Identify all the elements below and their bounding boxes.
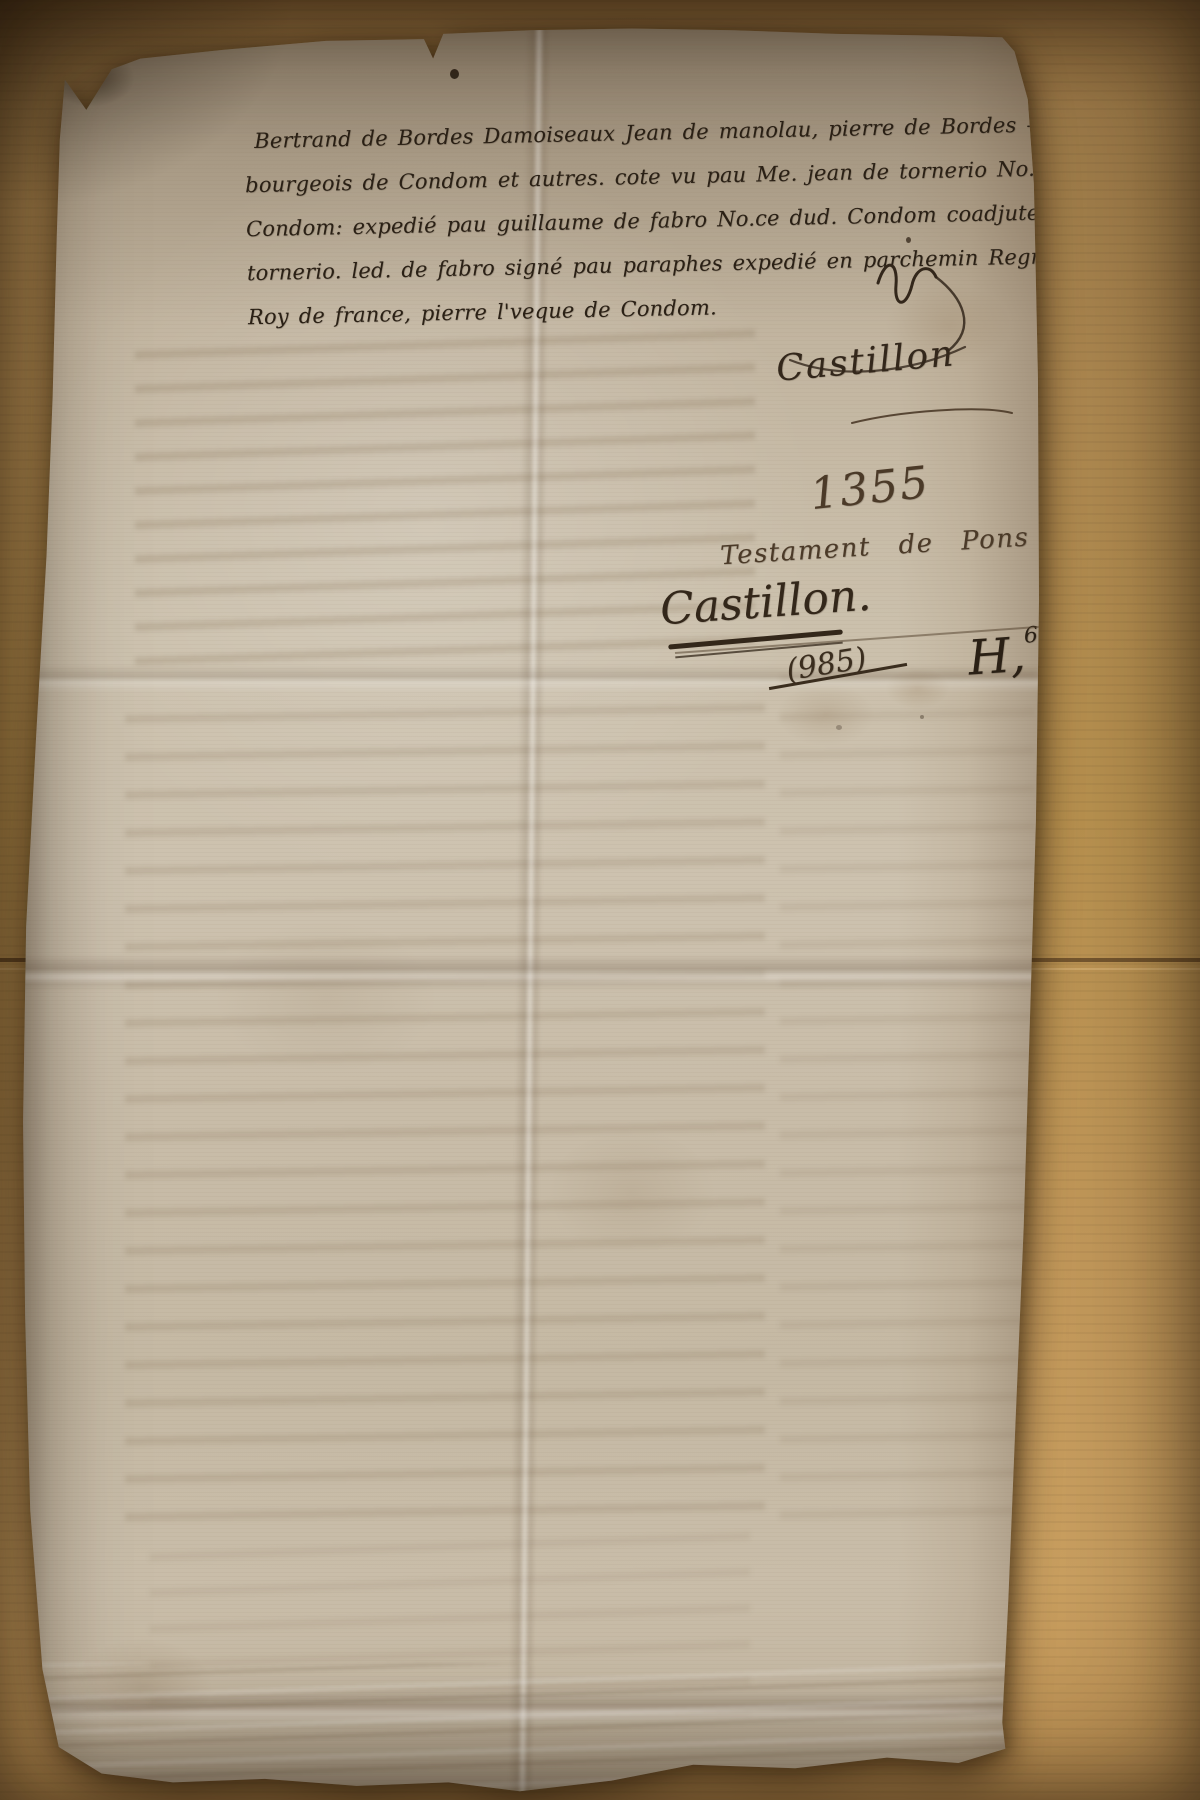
year-annotation: 1355 (808, 457, 933, 520)
ink-speck (906, 237, 911, 243)
edge-nick-mark (450, 69, 459, 79)
shelfmark-letter: H, (966, 627, 1027, 687)
manuscript-page: Bertrand de Bordes Damoiseaux Jean de ma… (20, 25, 1040, 1793)
verso-showthrough-band (125, 685, 765, 1525)
verso-showthrough-band (780, 645, 1035, 1525)
photo-scene: Bertrand de Bordes Damoiseaux Jean de ma… (0, 0, 1200, 1800)
paper-wrap: Bertrand de Bordes Damoiseaux Jean de ma… (20, 25, 1040, 1793)
ink-speck (920, 715, 924, 719)
bottom-edge-wrinkles (20, 1663, 1040, 1793)
horizontal-crease (20, 665, 1040, 693)
ink-speck (836, 725, 842, 730)
horizontal-crease (20, 955, 1040, 991)
title-line-1: Testament de Pons de (719, 519, 1040, 572)
